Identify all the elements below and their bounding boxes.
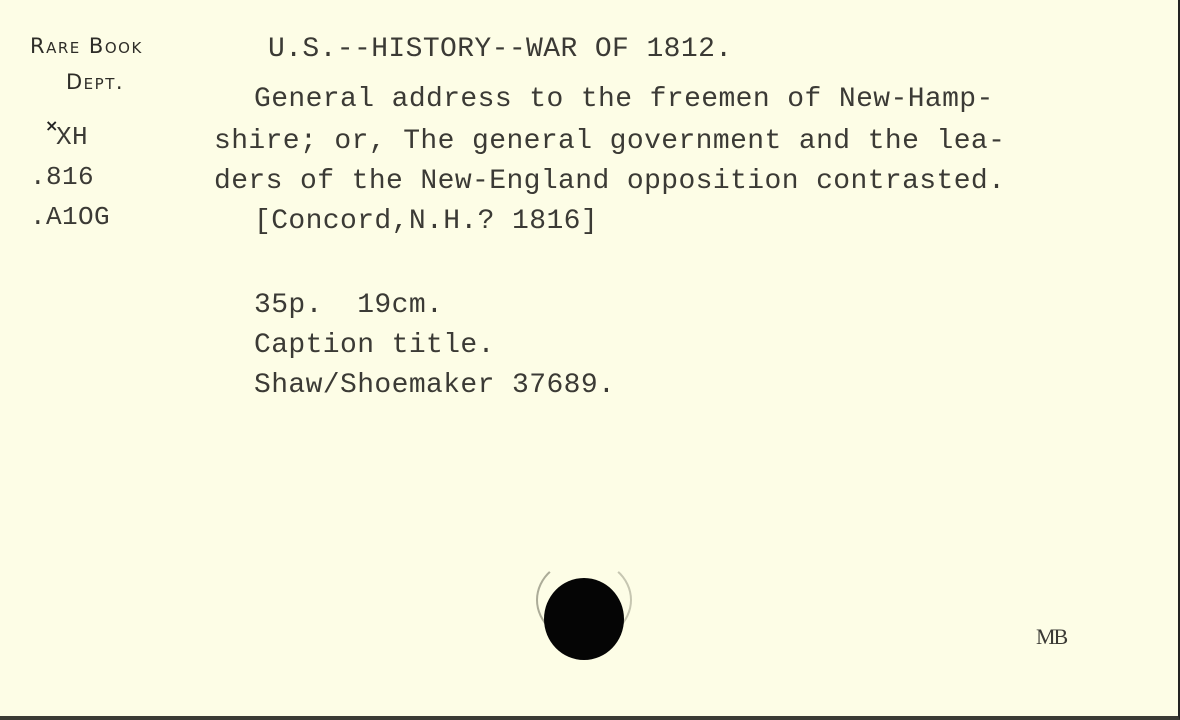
call-number-line-2: .816 — [30, 162, 94, 192]
title-line-1: General address to the freemen of New-Ha… — [254, 84, 994, 115]
title-line-2: shire; or, The general government and th… — [214, 126, 1005, 157]
call-number-line-3: .A1OG — [30, 202, 110, 232]
location-stamp-line-2: Dept. — [66, 70, 124, 94]
punch-hole — [544, 578, 624, 660]
cataloger-initials: MB — [1036, 624, 1066, 650]
location-stamp-line-1: Rare Book — [30, 34, 143, 58]
collation-note: 35p. 19cm. — [254, 290, 443, 321]
call-number-line-1: XH — [56, 122, 88, 152]
subject-heading: U.S.--HISTORY--WAR OF 1812. — [268, 34, 732, 65]
imprint-line: [Concord,N.H.? 1816] — [254, 206, 598, 237]
caption-note: Caption title. — [254, 330, 495, 361]
reference-note: Shaw/Shoemaker 37689. — [254, 370, 615, 401]
catalog-card: Rare Book Dept. × XH .816 .A1OG U.S.--HI… — [0, 0, 1180, 720]
title-line-3: ders of the New-England opposition contr… — [214, 166, 1005, 197]
